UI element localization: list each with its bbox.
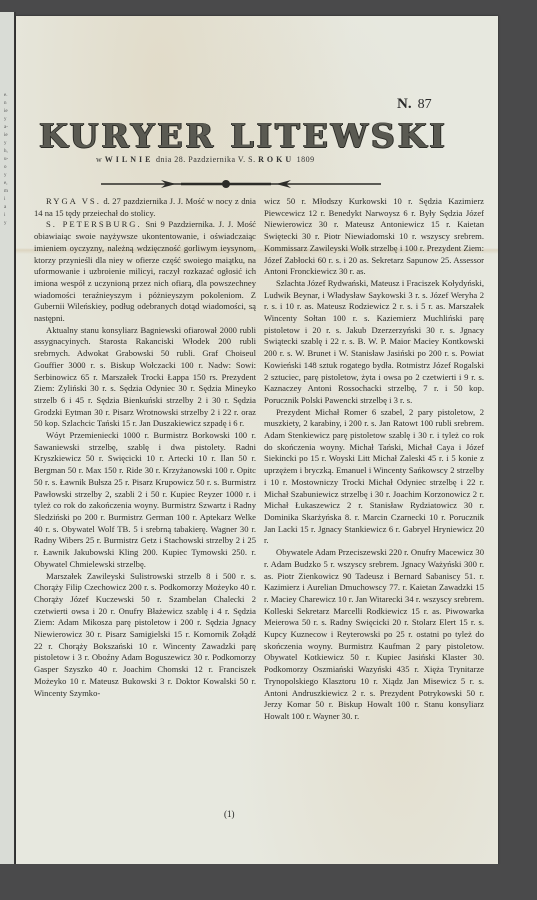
ornamental-rule-icon xyxy=(91,179,391,189)
scan-background xyxy=(0,864,537,900)
dateline-year-label: ROKU xyxy=(258,155,294,164)
issue-label: N. xyxy=(397,96,412,112)
dateline-city: WILNIE xyxy=(105,155,154,164)
article-paragraph: RYGA VS. d. 27 pazdziernika J. J. Mość w… xyxy=(34,196,256,219)
article-paragraph: Prezydent Michał Romer 6 szabel, 2 pary … xyxy=(264,407,484,547)
issue-number: N.87 xyxy=(397,96,432,113)
dateline-date: dnia 28. Pazdziernika V. S. xyxy=(156,155,256,164)
article-paragraph: Wóyt Przemieniecki 1000 r. Burmistrz Bor… xyxy=(34,430,256,570)
masthead-title: KURYER LITEWSKI xyxy=(36,116,451,155)
article-paragraph: S. PETERSBURG. Sni 9 Pazdziernika. J. J.… xyxy=(34,219,256,324)
article-paragraph: Aktualny stanu konsyliarz Bagniewski ofi… xyxy=(34,325,256,430)
right-column: wicz 50 r. Młodszy Kurkowski 10 r. Sędzi… xyxy=(264,196,484,723)
page-number: (1) xyxy=(224,809,235,819)
article-paragraph: Obywatele Adam Przeciszewski 220 r. Onuf… xyxy=(264,547,484,723)
dateline-year: 1809 xyxy=(297,155,315,164)
article-paragraph: wicz 50 r. Młodszy Kurkowski 10 r. Sędzi… xyxy=(264,196,484,278)
left-column: RYGA VS. d. 27 pazdziernika J. J. Mość w… xyxy=(34,196,256,699)
dateline-prefix: w xyxy=(96,155,102,164)
previous-page-edge: e. n ie y a- ie y h, u- o y e, m i a i y xyxy=(0,12,15,900)
issue-number-value: 87 xyxy=(418,97,432,112)
previous-page-text-fragment: e. n ie y a- ie y h, u- o y e, m i a i y xyxy=(4,92,14,228)
dateline: w WILNIE dnia 28. Pazdziernika V. S. ROK… xyxy=(96,155,416,164)
article-paragraph: Marszałek Zawileyski Sulistrowski strzel… xyxy=(34,571,256,700)
newspaper-page: N.87 KURYER LITEWSKI w WILNIE dnia 28. P… xyxy=(16,16,498,864)
article-paragraph: Szlachta Józef Rydwański, Mateusz i Frac… xyxy=(264,278,484,407)
